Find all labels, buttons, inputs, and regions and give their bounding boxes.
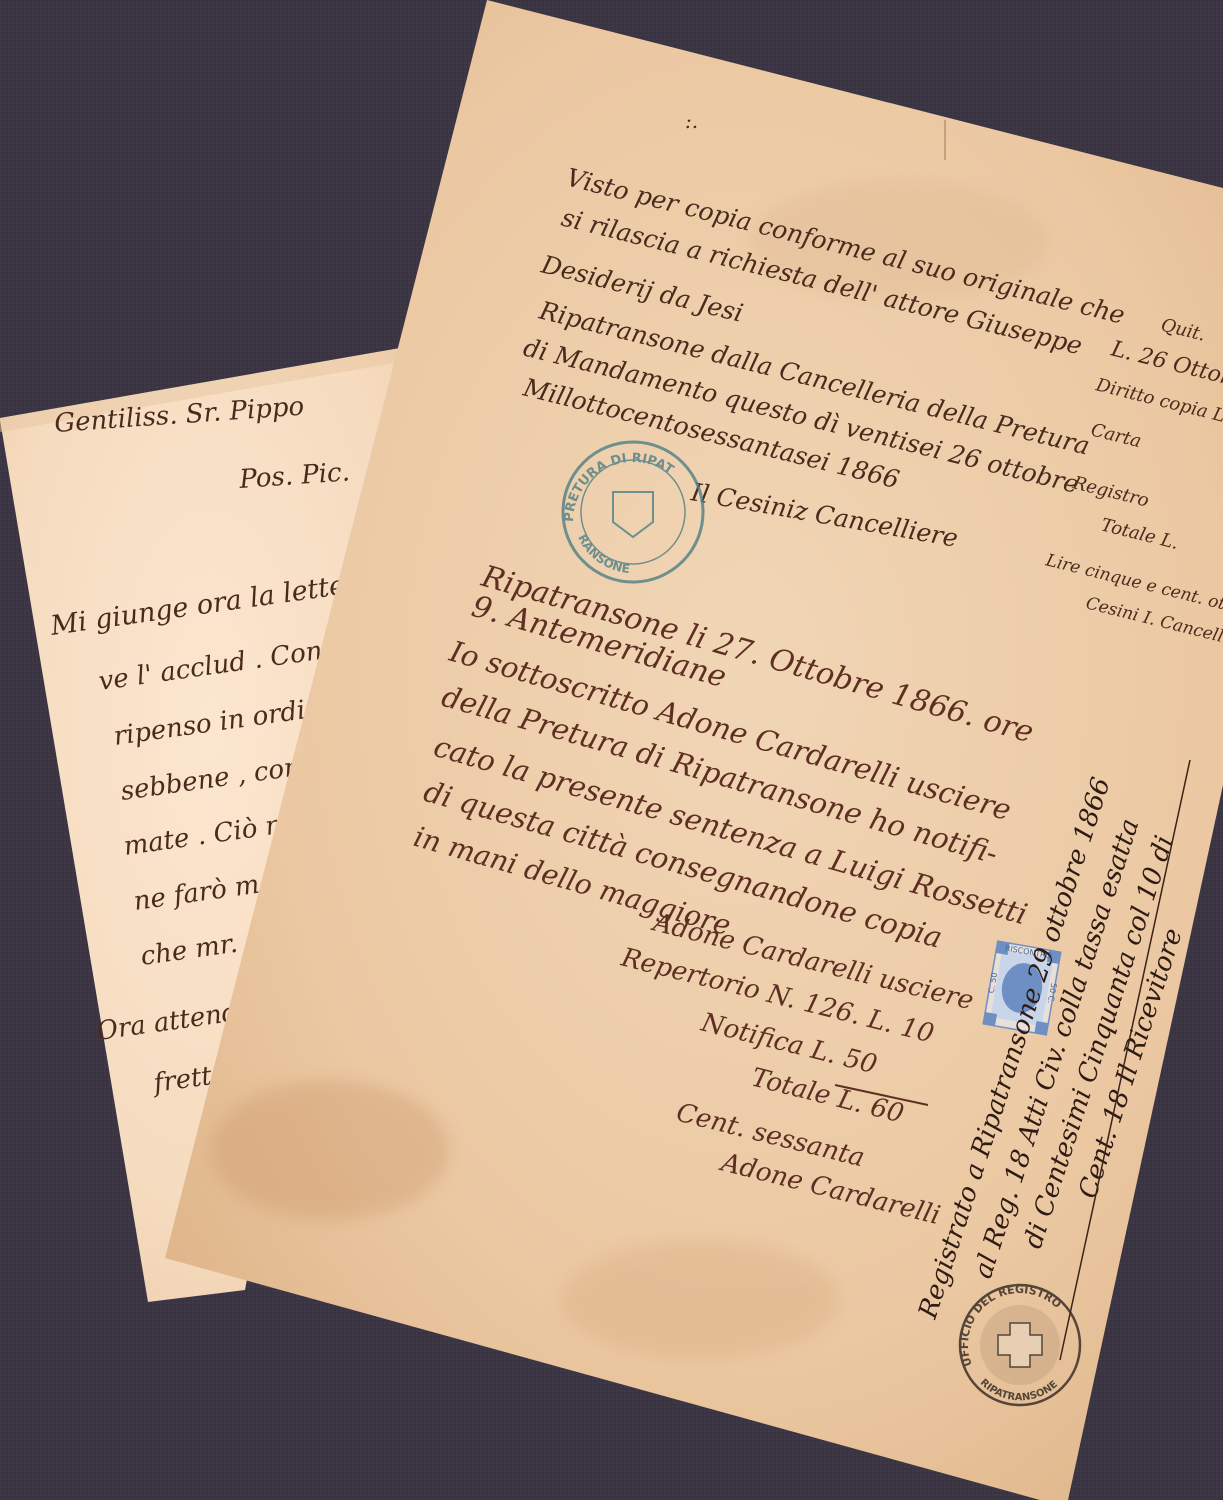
header-mark: :. [685, 109, 698, 133]
documents-photo: Gentiliss. Sr. Pippo Pos. Pic. Mi giunge… [0, 0, 1223, 1500]
court-document-sheet: :. Visto per copia conforme al suo origi… [165, 0, 1223, 1500]
